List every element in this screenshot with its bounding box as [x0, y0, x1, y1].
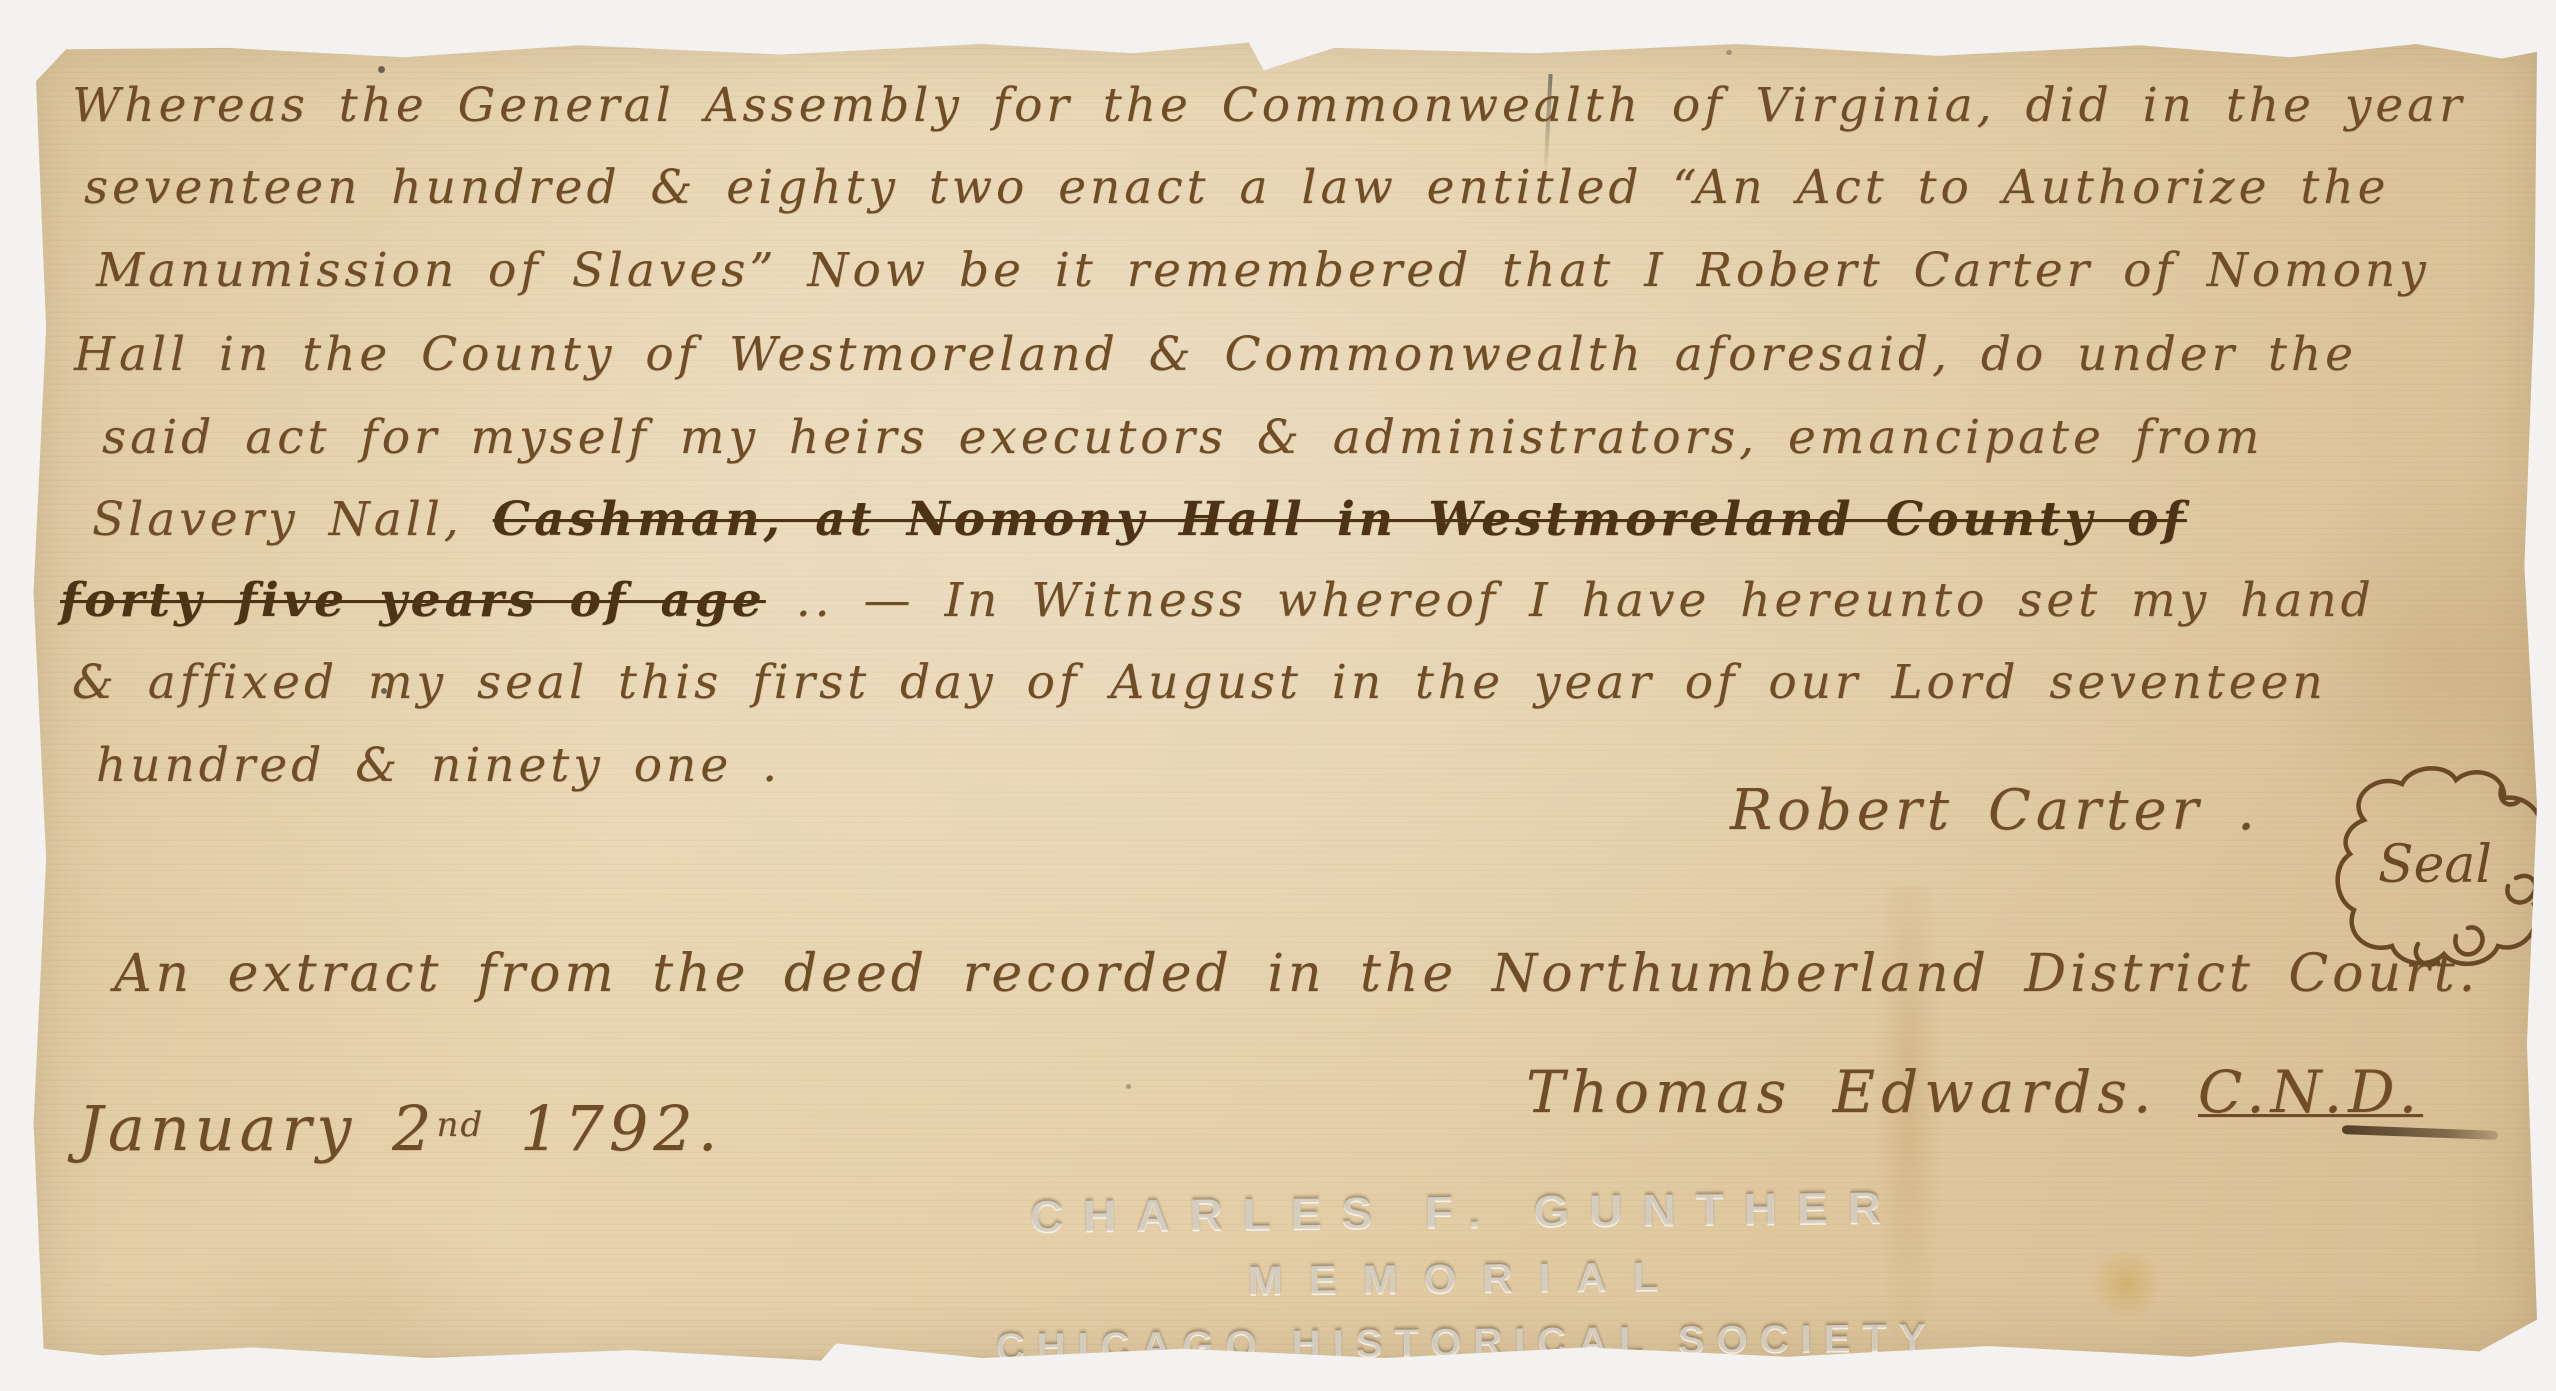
date-suffix: 1792.: [484, 1092, 722, 1165]
ink-stroke-mark: [2342, 1125, 2498, 1140]
clerk-signature: Thomas Edwards. C.N.D.: [1526, 1058, 2423, 1126]
stamp-line-1: CHARLES F. GUNTHER: [905, 1178, 2026, 1244]
deed-line-7-text: .. — In Witness whereof I have hereunto …: [766, 573, 2375, 628]
embossed-stamp: CHARLES F. GUNTHER MEMORIAL CHICAGO HIST…: [905, 1178, 2027, 1371]
date-prefix: January 2: [78, 1092, 436, 1165]
deed-line-6-text: Slavery Nall,: [92, 492, 493, 547]
seal-word: Seal: [2378, 835, 2492, 895]
paper-stain: [146, 1216, 566, 1391]
deed-line-7-struck-text: forty five years of age: [60, 573, 766, 628]
stamp-line-2: MEMORIAL: [906, 1248, 2026, 1308]
deed-line-5: said act for myself my heirs executors &…: [102, 410, 2263, 465]
deed-line-2: seventeen hundred & eighty two enact a l…: [84, 160, 2389, 215]
stamp-line-3: CHICAGO HISTORICAL SOCIETY: [907, 1314, 2027, 1371]
extract-note-line: An extract from the deed recorded in the…: [114, 944, 2479, 1004]
yellow-stain-spot: [2086, 1251, 2166, 1315]
ink-speck: [1726, 50, 1732, 55]
deed-line-6-struck-text: Cashman, at Nomony Hall in Westmoreland …: [493, 492, 2187, 547]
deed-line-8: & affixed my seal this first day of Augu…: [72, 655, 2327, 710]
clerk-name: Thomas Edwards.: [1526, 1058, 2198, 1126]
date-line: January 2nd 1792.: [78, 1092, 722, 1165]
ink-speck: [378, 66, 385, 73]
ink-speck: [1126, 1084, 1131, 1089]
deed-line-7: forty five years of age .. — In Witness …: [60, 573, 2375, 628]
deed-line-9: hundred & ninety one .: [96, 738, 781, 793]
date-ordinal: nd: [436, 1105, 484, 1145]
scanned-document-image: Whereas the General Assembly for the Com…: [0, 0, 2556, 1391]
deed-line-3: Manumission of Slaves” Now be it remembe…: [96, 243, 2430, 298]
robert-carter-signature: Robert Carter .: [1730, 778, 2260, 843]
deed-line-4: Hall in the County of Westmoreland & Com…: [74, 327, 2357, 382]
deed-line-6: Slavery Nall, Cashman, at Nomony Hall in…: [92, 492, 2187, 547]
document-paper: Whereas the General Assembly for the Com…: [26, 36, 2542, 1362]
deed-line-1: Whereas the General Assembly for the Com…: [72, 78, 2466, 133]
clerk-title: C.N.D.: [2198, 1058, 2423, 1126]
